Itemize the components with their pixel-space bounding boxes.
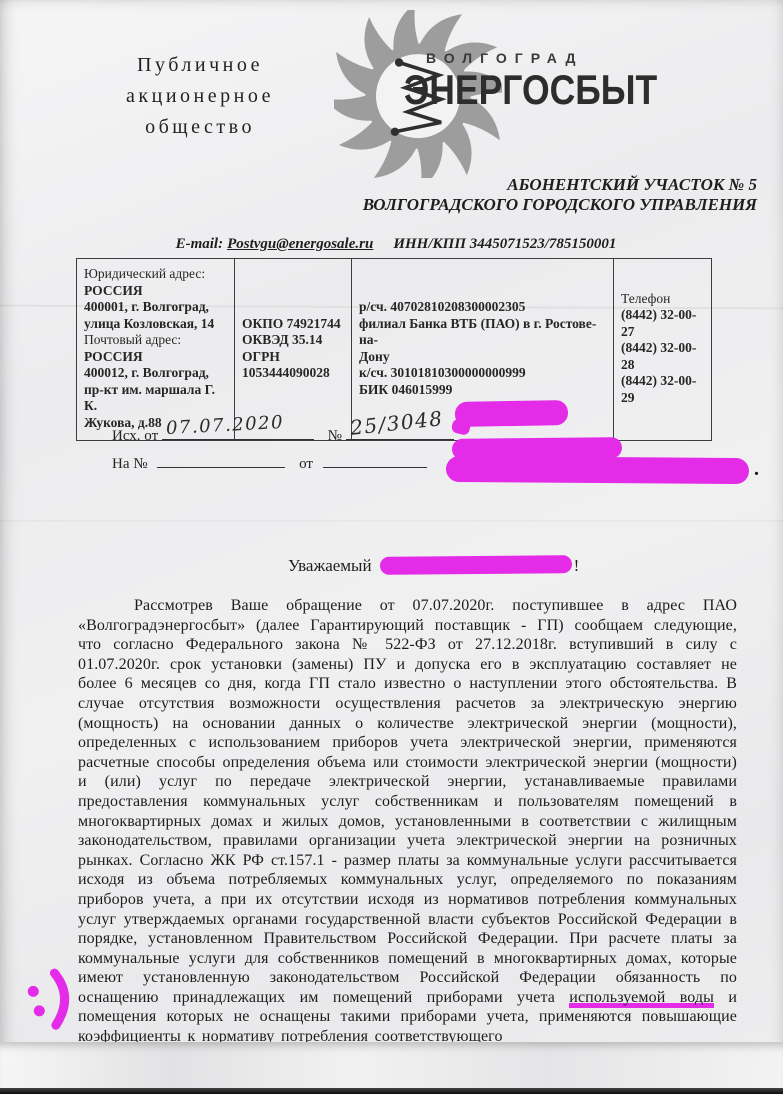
redaction-stroke-1	[455, 400, 568, 427]
legal-address-value: РОССИЯ 400001, г. Волгоград, улица Козло…	[84, 283, 228, 333]
company-type-label: Публичное акционерное общество	[104, 50, 296, 143]
company-codes-value: ОКПО 74921744 ОКВЭД 35.14 ОГРН 105344409…	[242, 316, 345, 382]
body-text-before: Рассмотрев Ваше обращение от 07.07.2020г…	[78, 597, 737, 1006]
address-cell: Юридический адрес: РОССИЯ 400001, г. Вол…	[77, 259, 234, 440]
smiley-doodle-icon	[8, 957, 86, 1040]
name-redaction-stroke	[380, 555, 572, 575]
brand-wordmark: ВОЛГОГРАД ЭНЕРГОСБЫТ	[404, 50, 654, 109]
paper-fold	[0, 1042, 783, 1089]
department-line1: АБОНЕНТСКИЙ УЧАСТОК № 5	[363, 175, 757, 195]
salutation-prefix: Уважаемый	[288, 556, 372, 575]
incoming-number-label: На №	[112, 456, 148, 472]
outgoing-label: Исх. от	[112, 428, 158, 444]
outgoing-reference-block: Исх. от 07.07.2020 № 25/3048 На № от	[112, 423, 454, 479]
paper-crease	[0, 520, 783, 522]
email-link[interactable]: Postvgu@energosale.ru	[227, 236, 373, 252]
redaction-trailing-period: .	[754, 458, 759, 481]
phone-numbers: (8442) 32-00-27 (8442) 32-00-28 (8442) 3…	[621, 307, 705, 406]
contact-line: E-mail:Postvgu@energosale.ruИНН/КПП 3445…	[76, 236, 716, 253]
incoming-date-line	[323, 451, 427, 468]
page-bottom-edge	[0, 1088, 783, 1094]
letter-page: Публичное акционерное общество	[0, 0, 783, 1094]
body-paragraph: Рассмотрев Ваше обращение от 07.07.2020г…	[78, 596, 737, 1047]
outgoing-number-line: 25/3048	[346, 423, 454, 440]
marked-phrase: используемой воды	[569, 989, 714, 1008]
salutation-suffix: !	[574, 556, 580, 575]
incoming-number-line	[157, 451, 285, 468]
inn-kpp-value: ИНН/КПП 3445071523/785150001	[393, 236, 616, 252]
bank-details-value: р/сч. 40702810208300002305 филиал Банка …	[359, 299, 607, 398]
phone-label: Телефон	[621, 291, 705, 308]
incoming-from-label: от	[299, 456, 313, 472]
legal-address-label: Юридический адрес:	[84, 266, 228, 283]
department-title: АБОНЕНТСКИЙ УЧАСТОК № 5 ВОЛГОГРАДСКОГО Г…	[363, 175, 757, 215]
redaction-stroke-3	[446, 456, 749, 484]
brand-name-label: ЭНЕРГОСБЫТ	[404, 67, 644, 114]
postal-address-label: Почтовый адрес:	[84, 332, 228, 349]
brand-city-label: ВОЛГОГРАД	[404, 50, 654, 66]
email-label: E-mail:	[176, 236, 224, 252]
phone-cell: Телефон (8442) 32-00-27 (8442) 32-00-28 …	[613, 259, 711, 440]
salutation-line: Уважаемый!	[288, 556, 579, 576]
number-sign-label: №	[328, 428, 342, 444]
outgoing-date-line: 07.07.2020	[162, 423, 314, 440]
department-line2: ВОЛГОГРАДСКОГО ГОРОДСКОГО УПРАВЛЕНИЯ	[363, 195, 757, 215]
